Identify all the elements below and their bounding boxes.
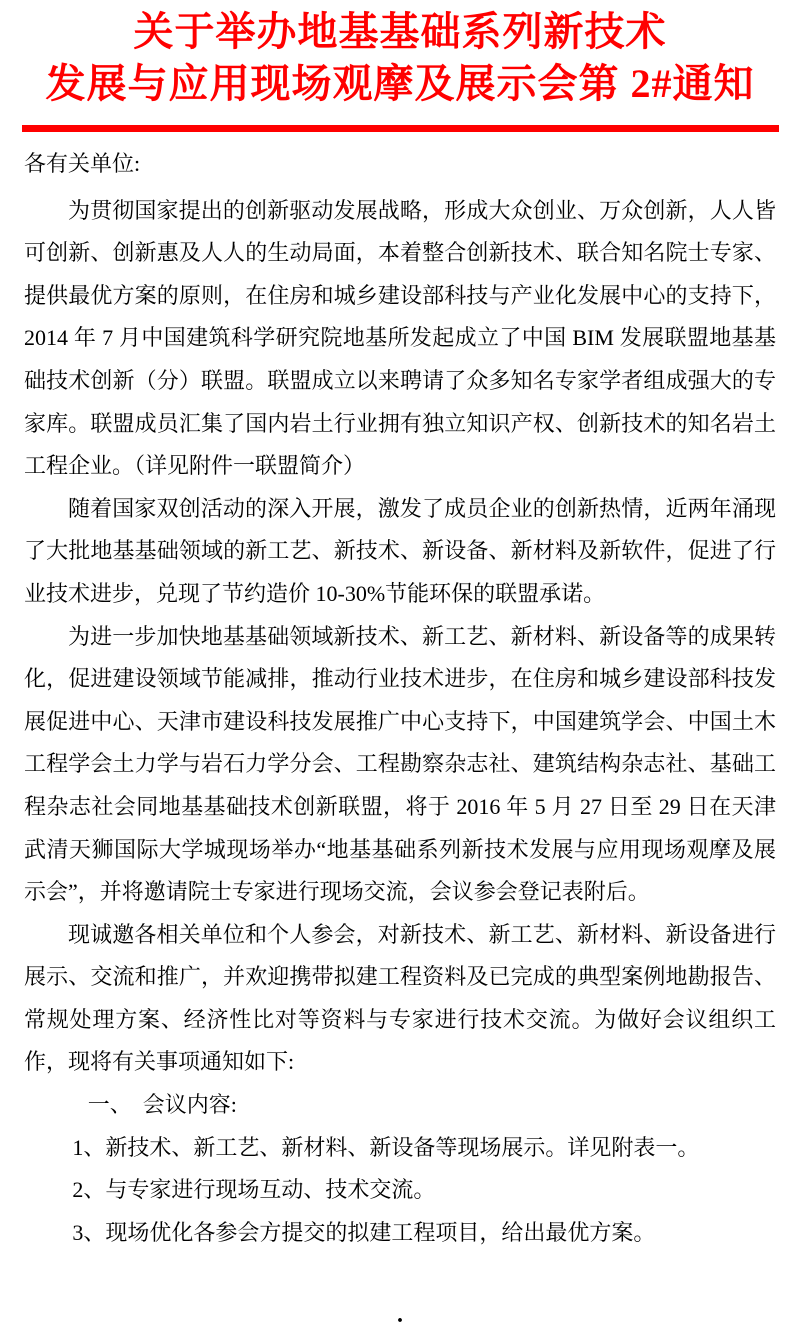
list-item-1: 1、新技术、新工艺、新材料、新设备等现场展示。详见附表一。 — [24, 1127, 776, 1170]
paragraph-invitation: 现诚邀各相关单位和个人参会，对新技术、新工艺、新材料、新设备进行展示、交流和推广… — [24, 914, 776, 1084]
document-title-line-1: 关于举办地基基础系列新技术 — [0, 6, 800, 58]
page-footer-dot: . — [0, 1303, 800, 1327]
list-item-3: 3、现场优化各参会方提交的拟建工程项目，给出最优方案。 — [24, 1212, 776, 1255]
notice-document-page: 关于举办地基基础系列新技术 发展与应用现场观摩及展示会第 2#通知 各有关单位:… — [0, 0, 800, 1329]
document-title-line-2: 发展与应用现场观摩及展示会第 2#通知 — [0, 58, 800, 110]
document-title: 关于举办地基基础系列新技术 发展与应用现场观摩及展示会第 2#通知 — [0, 0, 800, 110]
list-item-2: 2、与专家进行现场互动、技术交流。 — [24, 1169, 776, 1212]
section-heading-meeting-content: 一、 会议内容: — [24, 1084, 776, 1127]
title-divider-rule — [22, 125, 779, 132]
paragraph-innovation-results: 随着国家双创活动的深入开展，激发了成员企业的创新热情，近两年涌现了大批地基基础领… — [24, 488, 776, 616]
paragraph-event-announcement: 为进一步加快地基基础领域新技术、新工艺、新材料、新设备等的成果转化，促进建设领域… — [24, 616, 776, 914]
salutation-line: 各有关单位: — [24, 143, 776, 186]
paragraph-alliance-founding: 为贯彻国家提出的创新驱动发展战略，形成大众创业、万众创新，人人皆可创新、创新惠及… — [24, 190, 776, 488]
document-body: 各有关单位: 为贯彻国家提出的创新驱动发展战略，形成大众创业、万众创新，人人皆可… — [24, 143, 776, 1254]
